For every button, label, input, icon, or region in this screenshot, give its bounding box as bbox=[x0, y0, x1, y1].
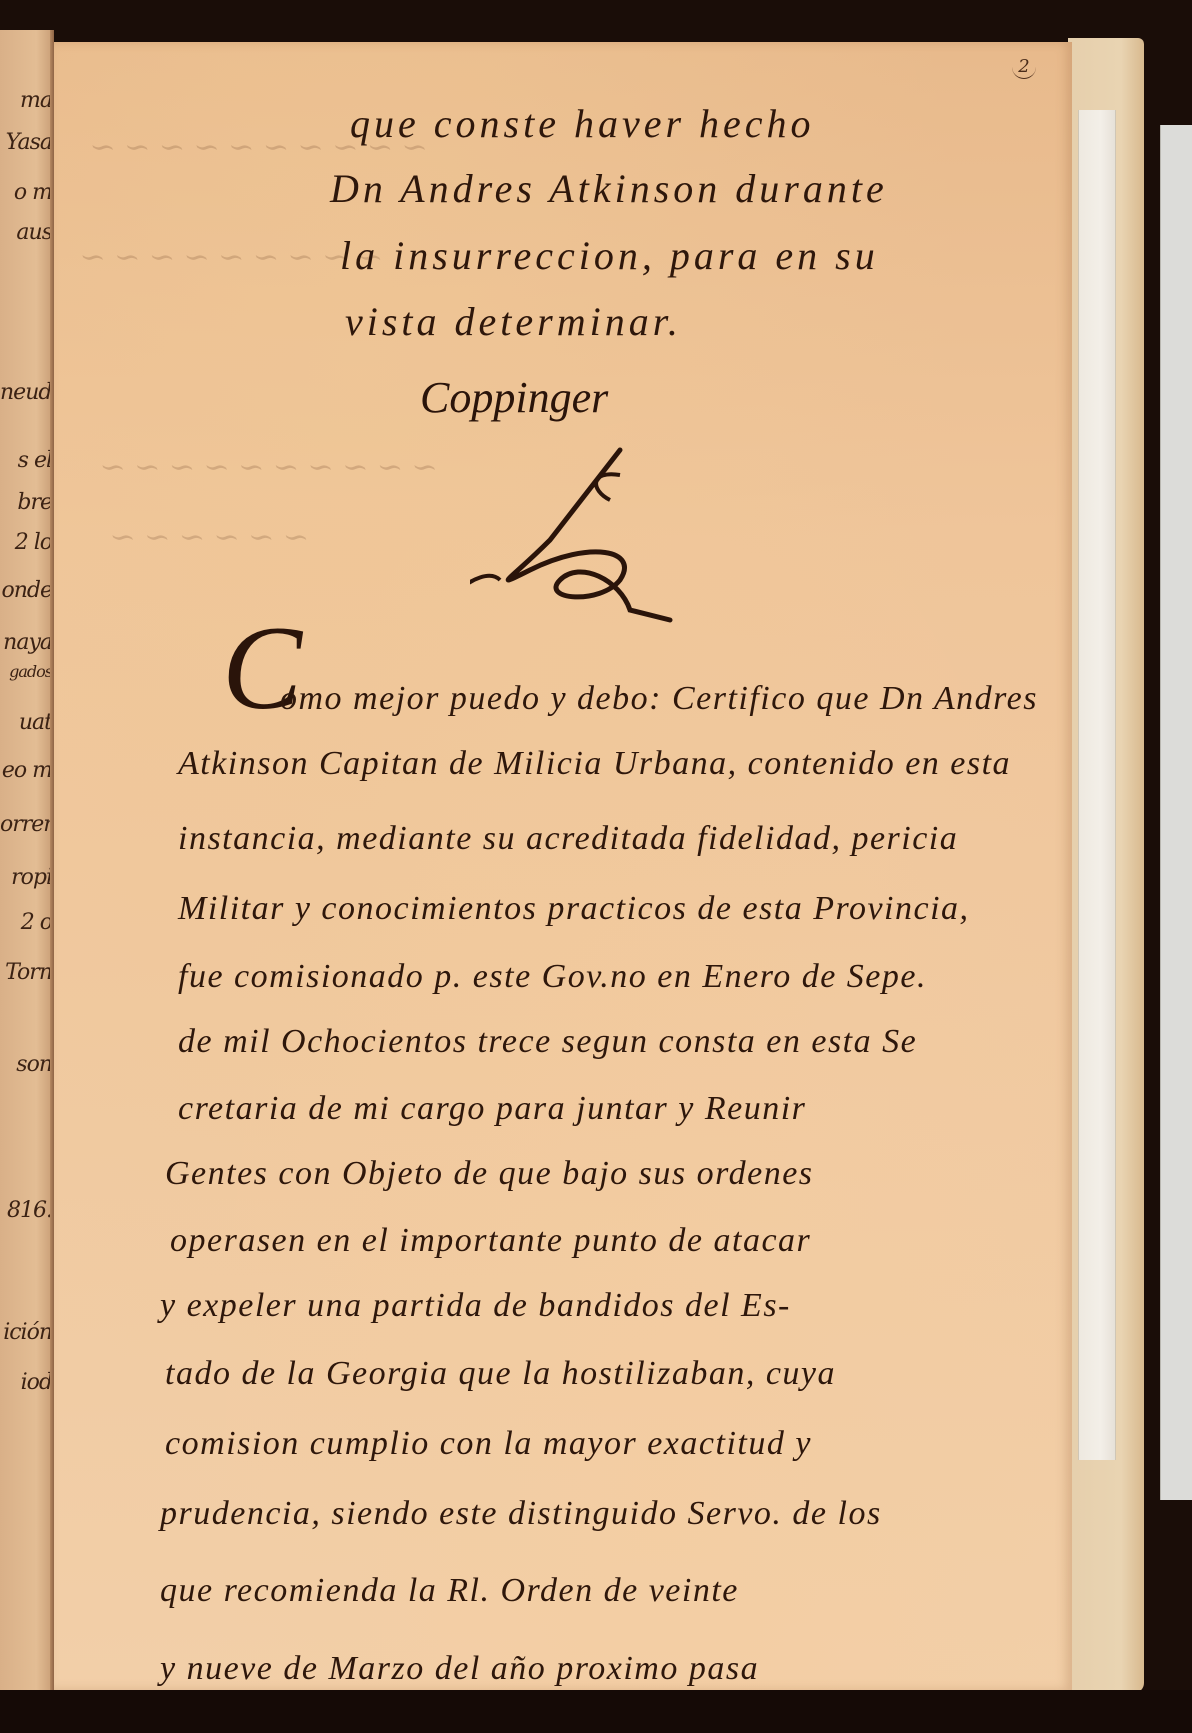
text-line: fue comisionado p. este Gov.no en Enero … bbox=[178, 958, 927, 996]
margin-fragment: 816. bbox=[0, 1198, 52, 1223]
text-line: y nueve de Marzo del año proximo pasa bbox=[160, 1650, 759, 1688]
text-line: comision cumplio con la mayor exactitud … bbox=[165, 1425, 812, 1463]
facing-page-edge: ma Yasa o m aus neudi s el bre 2 lo onde… bbox=[0, 30, 52, 1698]
text-line: y expeler una partida de bandidos del Es… bbox=[160, 1287, 791, 1325]
margin-fragment: naya bbox=[0, 630, 52, 655]
margin-fragment: Yasa bbox=[0, 130, 52, 155]
text-line: Dn Andres Atkinson durante bbox=[330, 165, 888, 212]
margin-fragment: orren bbox=[0, 812, 52, 837]
margin-fragment: son bbox=[0, 1052, 52, 1077]
text-line: Militar y conocimientos practicos de est… bbox=[178, 890, 970, 928]
text-line: vista determinar. bbox=[345, 298, 682, 345]
margin-fragment: bre bbox=[0, 490, 52, 515]
margin-fragment: neudi bbox=[0, 380, 52, 405]
margin-fragment: 2 o bbox=[0, 910, 52, 935]
margin-fragment: iod bbox=[0, 1370, 52, 1395]
signature-name: Coppinger bbox=[420, 372, 608, 423]
margin-fragment: gados bbox=[0, 662, 52, 681]
text-line: cretaria de mi cargo para juntar y Reuni… bbox=[178, 1090, 806, 1128]
margin-fragment: onde bbox=[0, 578, 52, 603]
bleed-through-ink: ~ ~ ~ ~ ~ ~ ~ ~ ~ ~ bbox=[94, 450, 444, 485]
text-line: Atkinson Capitan de Milicia Urbana, cont… bbox=[178, 745, 1011, 783]
text-line: la insurreccion, para en su bbox=[340, 232, 879, 279]
margin-fragment: ma bbox=[0, 88, 52, 113]
dark-background-bottom bbox=[0, 1690, 1192, 1733]
text-line: de mil Ochocientos trece segun consta en… bbox=[178, 1023, 917, 1061]
text-line: prudencia, siendo este distinguido Servo… bbox=[160, 1495, 882, 1533]
bleed-through-ink: ~ ~ ~ ~ ~ ~ bbox=[104, 520, 315, 555]
text-line: que recomienda la Rl. Orden de veinte bbox=[160, 1572, 739, 1610]
margin-fragment: 2 lo bbox=[0, 530, 52, 555]
insert-sheet-near bbox=[1078, 110, 1116, 1460]
text-line: Gentes con Objeto de que bajo sus ordene… bbox=[165, 1155, 814, 1193]
folio-number: 2 bbox=[1012, 56, 1036, 79]
rubric-flourish-icon bbox=[470, 430, 690, 630]
margin-fragment: uat bbox=[0, 710, 52, 735]
text-line: omo mejor puedo y debo: Certifico que Dn… bbox=[280, 680, 1038, 718]
text-line: instancia, mediante su acreditada fideli… bbox=[178, 820, 958, 858]
margin-fragment: eo m bbox=[0, 758, 52, 783]
margin-fragment: ropi bbox=[0, 865, 52, 890]
insert-sheet-far bbox=[1160, 125, 1192, 1500]
margin-fragment: o m bbox=[0, 180, 52, 205]
text-line: operasen en el importante punto de ataca… bbox=[170, 1222, 811, 1260]
text-line: que conste haver hecho bbox=[350, 100, 815, 147]
margin-fragment: Torn bbox=[0, 960, 52, 985]
margin-fragment: aus bbox=[0, 220, 52, 245]
margin-fragment: s el bbox=[0, 448, 52, 473]
margin-fragment: ición bbox=[0, 1320, 52, 1345]
text-line: tado de la Georgia que la hostilizaban, … bbox=[165, 1355, 836, 1393]
